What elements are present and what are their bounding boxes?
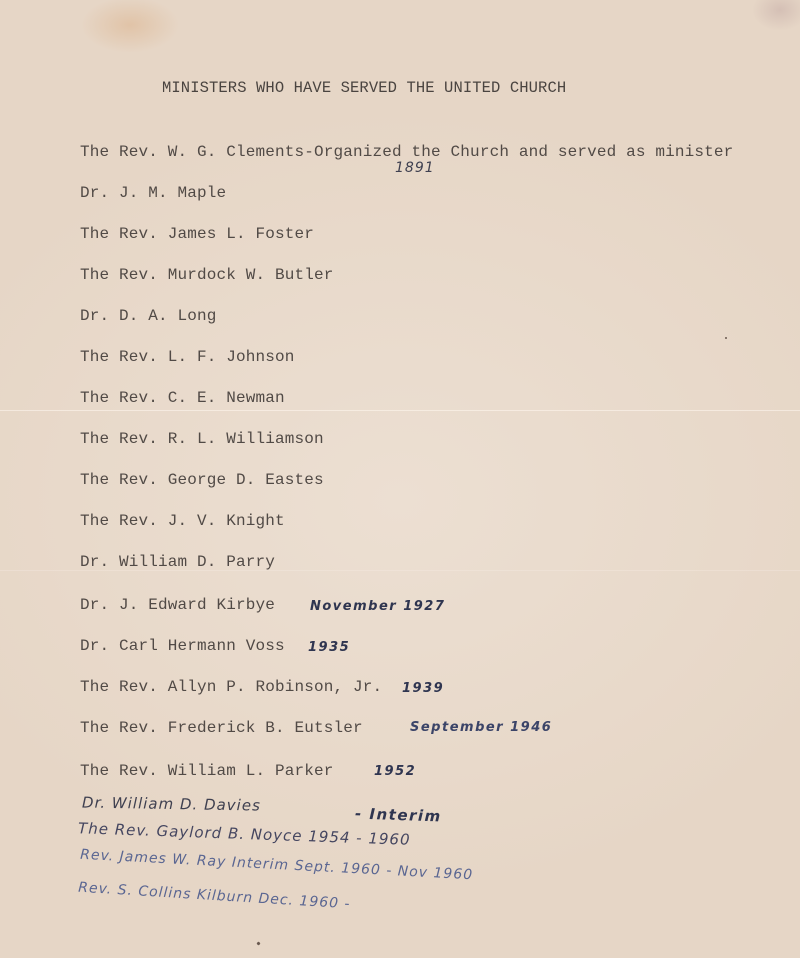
minister-entry: The Rev. James L. Foster xyxy=(80,225,314,243)
minister-entry: The Rev. Murdock W. Butler xyxy=(80,266,334,284)
paper-fold-line xyxy=(0,410,800,411)
minister-entry: Dr. Carl Hermann Voss xyxy=(80,637,285,655)
page-title: MINISTERS WHO HAVE SERVED THE UNITED CHU… xyxy=(162,79,566,97)
minister-entry: Dr. D. A. Long xyxy=(80,307,217,325)
minister-entry: The Rev. William L. Parker xyxy=(80,762,334,780)
handwritten-entry: The Rev. Gaylord B. Noyce 1954 - 1960 xyxy=(78,819,411,849)
minister-entry: The Rev. Allyn P. Robinson, Jr. xyxy=(80,678,382,696)
minister-entry: Dr. J. M. Maple xyxy=(80,184,226,202)
document-page: MINISTERS WHO HAVE SERVED THE UNITED CHU… xyxy=(0,0,800,958)
handwritten-entry: Rev. S. Collins Kilburn Dec. 1960 - xyxy=(78,880,351,913)
handwritten-date: November 1927 xyxy=(310,599,445,614)
handwritten-year: 1891 xyxy=(395,160,435,176)
minister-entry: The Rev. J. V. Knight xyxy=(80,512,285,530)
minister-entry: The Rev. L. F. Johnson xyxy=(80,348,295,366)
minister-entry: The Rev. R. L. Williamson xyxy=(80,430,324,448)
minister-entry: Dr. J. Edward Kirbye xyxy=(80,596,275,614)
paper-speck xyxy=(256,941,260,945)
minister-entry: Dr. William D. Parry xyxy=(80,553,275,571)
minister-entry: The Rev. C. E. Newman xyxy=(80,389,285,407)
handwritten-note: - Interim xyxy=(355,804,442,825)
minister-entry: The Rev. Frederick B. Eutsler xyxy=(80,719,363,737)
handwritten-date: 1939 xyxy=(402,681,444,696)
handwritten-date: 1935 xyxy=(308,640,350,655)
minister-entry: The Rev. George D. Eastes xyxy=(80,471,324,489)
handwritten-entry: Rev. James W. Ray Interim Sept. 1960 - N… xyxy=(80,847,474,884)
handwritten-entry: Dr. William D. Davies xyxy=(82,793,261,814)
handwritten-date: September 1946 xyxy=(410,720,552,735)
handwritten-date: 1952 xyxy=(374,764,416,779)
minister-entry: The Rev. W. G. Clements-Organized the Ch… xyxy=(80,143,733,161)
paper-speck xyxy=(725,337,727,339)
